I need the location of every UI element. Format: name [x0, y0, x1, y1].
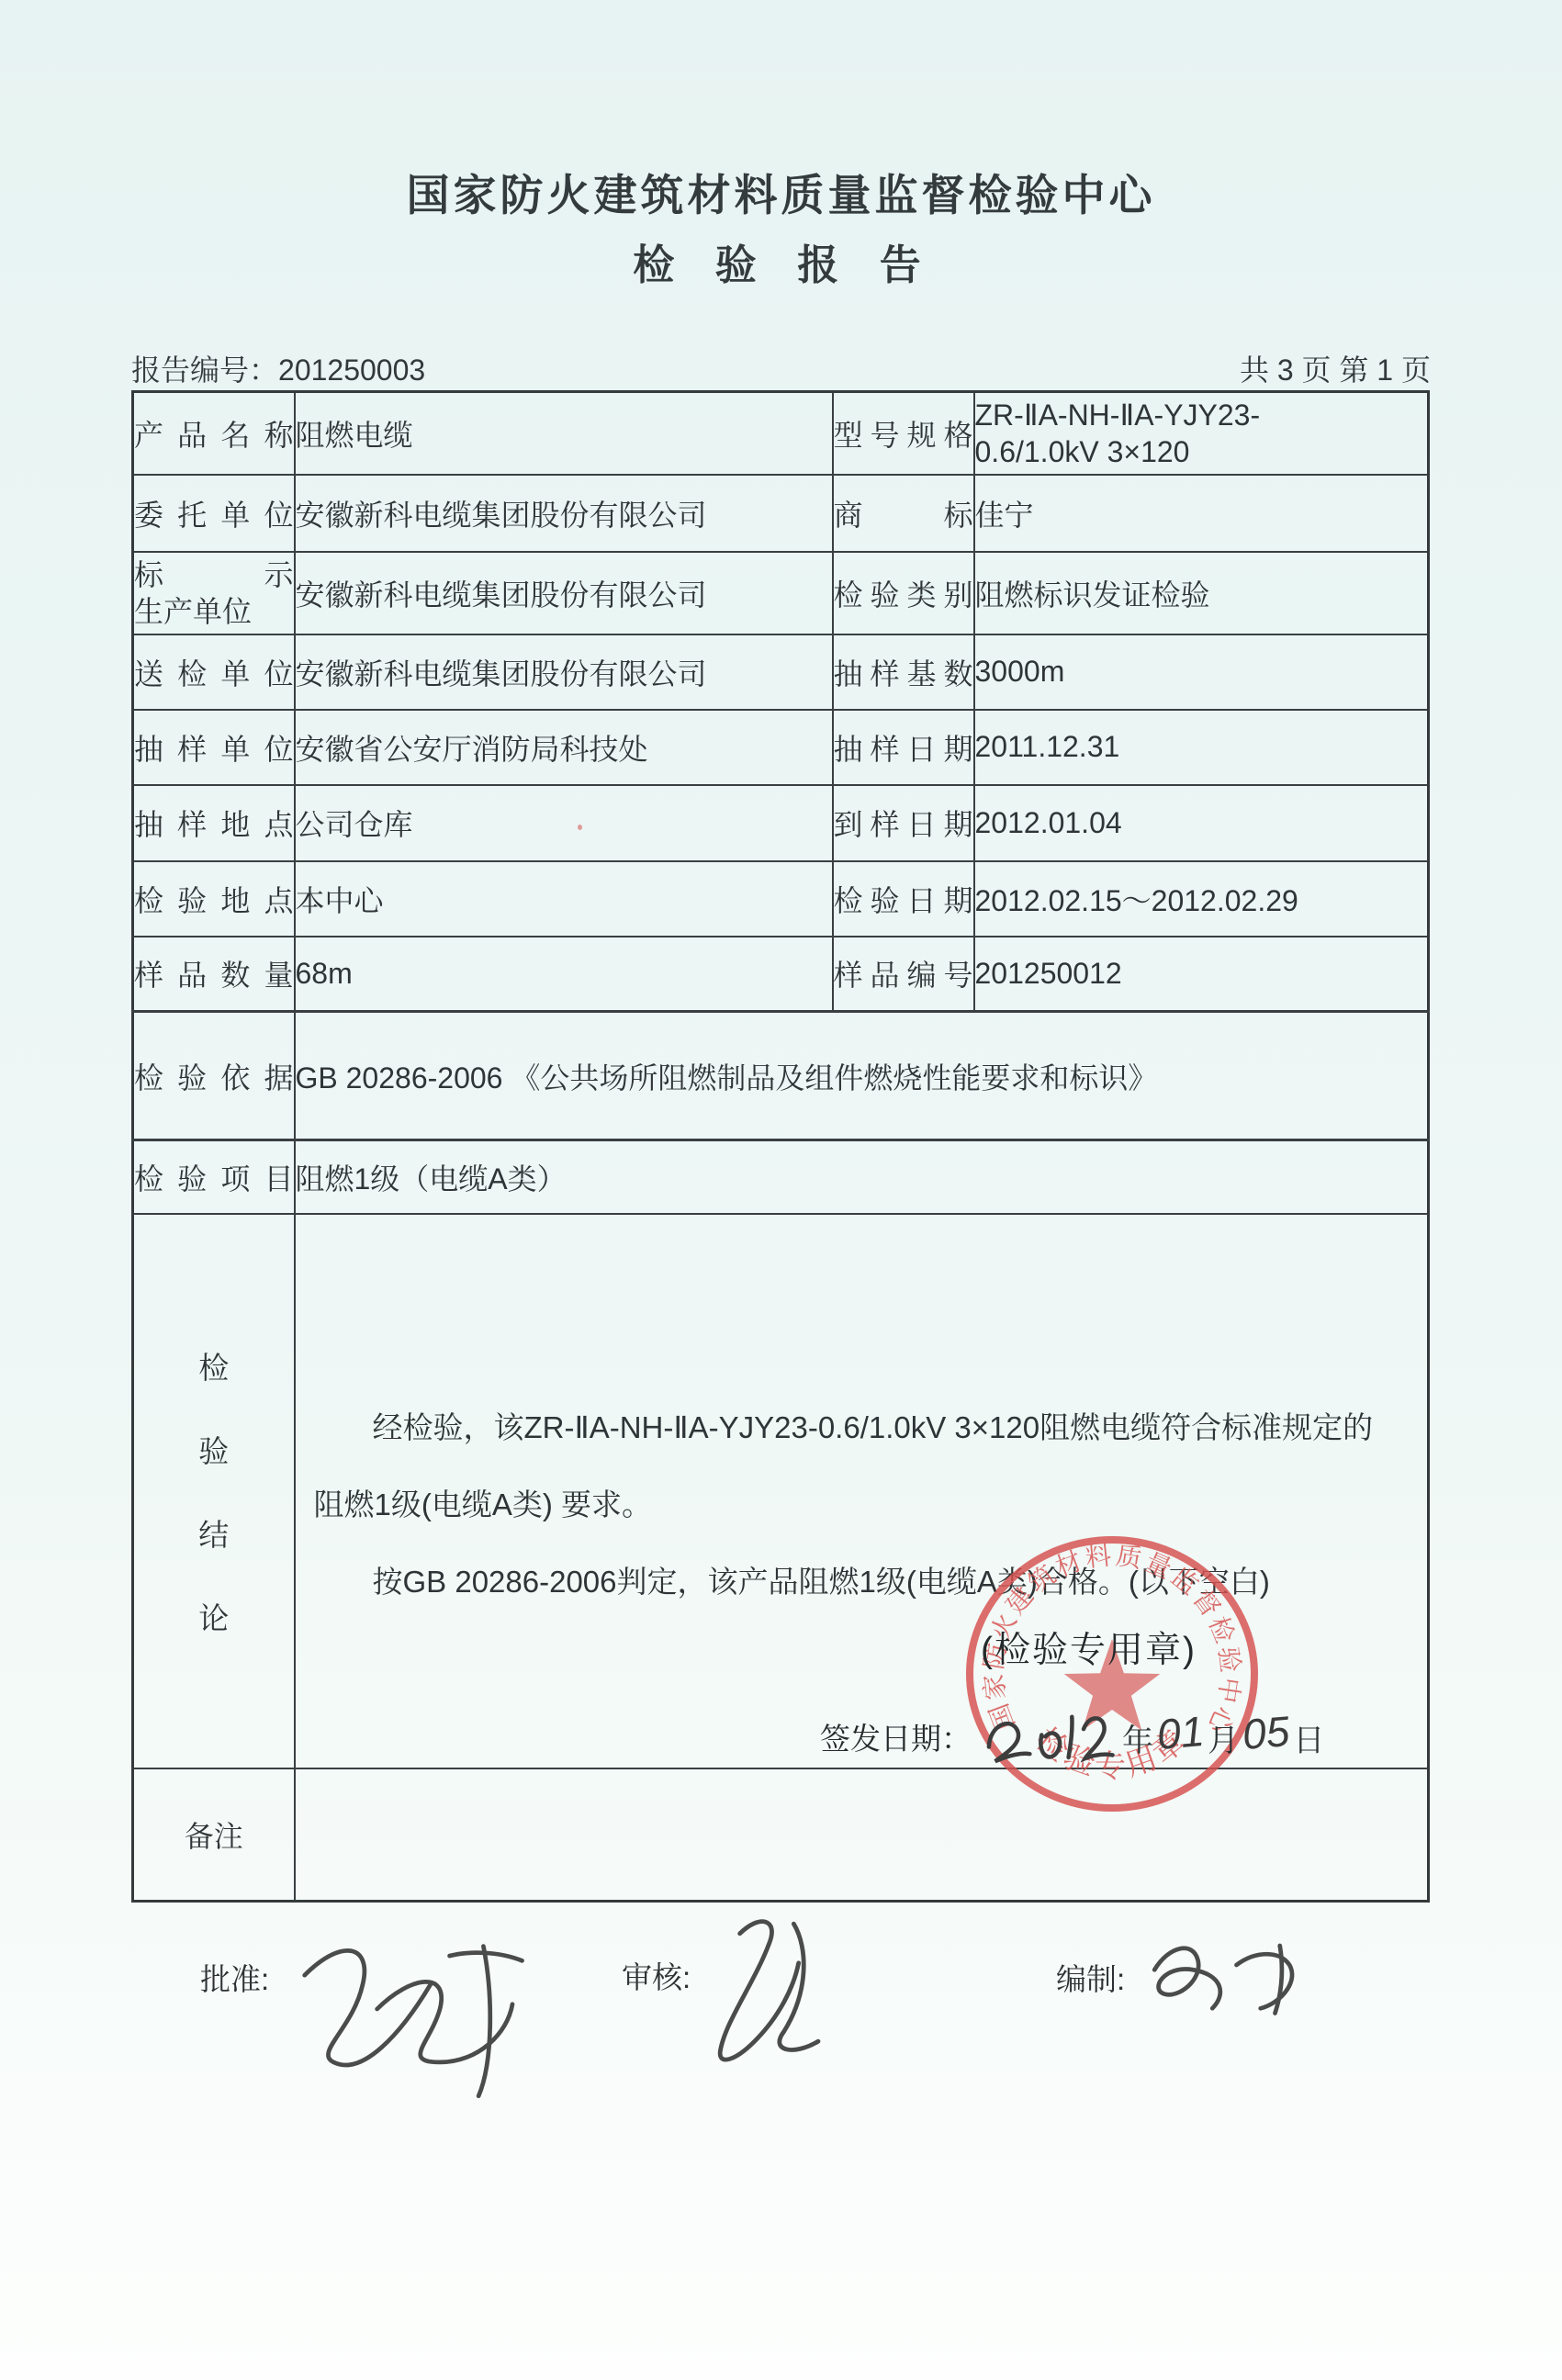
- table-row: 抽样单位 安徽省公安厅消防局科技处 抽样日期 2011.12.31: [133, 710, 1429, 785]
- prepare-signature: [1135, 1926, 1319, 2023]
- table-row-basis: 检验依据 GB 20286-2006 《公共场所阻燃制品及组件燃烧性能要求和标识…: [133, 1012, 1429, 1140]
- field-label: 抽样单位: [133, 710, 295, 785]
- field-label: 抽样基数: [833, 634, 974, 710]
- approve-signature: [283, 1917, 558, 2101]
- handwritten-month: 01: [1155, 1706, 1207, 1759]
- page-info: 共 3 页 第 1 页: [1240, 347, 1431, 389]
- year-unit: 年: [1122, 1715, 1153, 1760]
- field-label: 检验类别: [833, 552, 974, 634]
- doc-title: 检 验 报 告: [0, 231, 1562, 291]
- field-label: 抽样日期: [833, 710, 974, 785]
- report-number: 报告编号：201250003: [131, 347, 425, 389]
- scanned-report-page: 国家防火建筑材料质量监督检验中心 检 验 报 告 报告编号：201250003 …: [0, 0, 1562, 2380]
- items-value: 阻燃1级（电缆A类）: [295, 1140, 1429, 1214]
- table-row: 产品名称 阻燃电缆 型号规格 ZR-ⅡA-NH-ⅡA-YJY23- 0.6/1.…: [133, 392, 1429, 475]
- approve-label: 批准:: [200, 1956, 269, 1999]
- issue-date-label: 签发日期：: [820, 1715, 972, 1758]
- table-row-items: 检验项目 阻燃1级（电缆A类）: [133, 1140, 1429, 1214]
- day-unit: 日: [1293, 1715, 1324, 1760]
- field-value: 安徽新科电缆集团股份有限公司: [295, 552, 833, 634]
- field-label: 检验日期: [833, 861, 974, 937]
- field-value: 安徽省公安厅消防局科技处: [295, 710, 833, 785]
- field-label: 抽样地点: [133, 785, 295, 861]
- org-title: 国家防火建筑材料质量监督检验中心: [0, 162, 1562, 223]
- field-value: 2012.01.04: [974, 785, 1429, 861]
- remarks-value: [295, 1768, 1429, 1902]
- table-row: 检验地点 本中心 检验日期 2012.02.15～2012.02.29: [133, 861, 1429, 937]
- field-value: 安徽新科电缆集团股份有限公司: [295, 475, 833, 552]
- field-label: 样品编号: [833, 937, 974, 1012]
- field-value: 公司仓库: [295, 785, 833, 861]
- basis-value: GB 20286-2006 《公共场所阻燃制品及组件燃烧性能要求和标识》: [295, 1012, 1429, 1140]
- field-value: ZR-ⅡA-NH-ⅡA-YJY23- 0.6/1.0kV 3×120: [974, 392, 1429, 475]
- prepare-label: 编制:: [1056, 1956, 1125, 1999]
- conclusion-line3: 按GB 20286-2006判定，该产品阻燃1级(电缆A类)合格。(以下空白): [296, 1544, 1428, 1621]
- handwritten-year-icon: [979, 1687, 1120, 1772]
- table-row: 送检单位 安徽新科电缆集团股份有限公司 抽样基数 3000m: [133, 634, 1429, 710]
- field-value: 2012.02.15～2012.02.29: [974, 861, 1429, 937]
- handwritten-day: 05: [1241, 1706, 1292, 1759]
- report-number-strip: 报告编号：201250003 共 3 页 第 1 页: [131, 347, 1431, 389]
- field-value: 阻燃标识发证检验: [974, 552, 1429, 634]
- report-number-value: 201250003: [278, 354, 425, 387]
- field-label: 产品名称: [133, 392, 295, 475]
- field-label: 样品数量: [133, 937, 295, 1012]
- field-label: 检验项目: [133, 1140, 295, 1214]
- model-spec-line1: ZR-ⅡA-NH-ⅡA-YJY23-: [975, 397, 1428, 433]
- field-value: 201250012: [974, 937, 1429, 1012]
- table-row: 标 示 生产单位 安徽新科电缆集团股份有限公司 检验类别 阻燃标识发证检验: [133, 552, 1429, 634]
- field-value: 本中心: [295, 861, 833, 937]
- field-label: 型号规格: [833, 392, 974, 475]
- field-value: 2011.12.31: [974, 710, 1429, 785]
- field-value: 68m: [295, 937, 833, 1012]
- field-label: 检验地点: [133, 861, 295, 937]
- table-row: 抽样地点 公司仓库 到样日期 2012.01.04: [133, 785, 1429, 861]
- field-value: 阻燃电缆: [295, 392, 833, 475]
- model-spec-line2: 0.6/1.0kV 3×120: [975, 433, 1428, 470]
- field-label: 到样日期: [833, 785, 974, 861]
- report-table: 产品名称 阻燃电缆 型号规格 ZR-ⅡA-NH-ⅡA-YJY23- 0.6/1.…: [131, 390, 1430, 1903]
- table-row-remarks: 备注: [133, 1768, 1429, 1902]
- red-speck-artifact: [578, 825, 582, 830]
- field-value: 3000m: [974, 634, 1429, 710]
- table-row-conclusion: 检 验 结 论 经检验，该ZR-ⅡA-NH-ⅡA-YJY23-0.6/1.0kV…: [133, 1214, 1429, 1768]
- conclusion-line1: 经检验，该ZR-ⅡA-NH-ⅡA-YJY23-0.6/1.0kV 3×120阻燃…: [296, 1389, 1428, 1466]
- review-label: 审核:: [622, 1954, 691, 1997]
- table-row: 委托单位 安徽新科电缆集团股份有限公司 商 标 佳宁: [133, 475, 1429, 552]
- field-label: 送检单位: [133, 634, 295, 710]
- field-label: 委托单位: [133, 475, 295, 552]
- field-label: 检验依据: [133, 1012, 295, 1140]
- review-signature: [701, 1903, 848, 2072]
- table-row: 样品数量 68m 样品编号 201250012: [133, 937, 1429, 1012]
- month-unit: 月: [1208, 1715, 1239, 1760]
- field-label: 标 示 生产单位: [133, 552, 295, 634]
- conclusion-line2: 阻燃1级(电缆A类) 要求。: [296, 1466, 1428, 1544]
- remarks-label: 备注: [133, 1768, 295, 1902]
- conclusion-body: 经检验，该ZR-ⅡA-NH-ⅡA-YJY23-0.6/1.0kV 3×120阻燃…: [295, 1214, 1429, 1768]
- issue-date: 年 01 月 05 日: [981, 1688, 1324, 1770]
- field-label: 商 标: [833, 475, 974, 552]
- conclusion-label: 检 验 结 论: [133, 1214, 295, 1768]
- report-number-label: 报告编号：: [131, 354, 278, 387]
- field-value: 安徽新科电缆集团股份有限公司: [295, 634, 833, 710]
- stamp-note: (检验专用章): [981, 1622, 1197, 1673]
- field-value: 佳宁: [974, 475, 1429, 552]
